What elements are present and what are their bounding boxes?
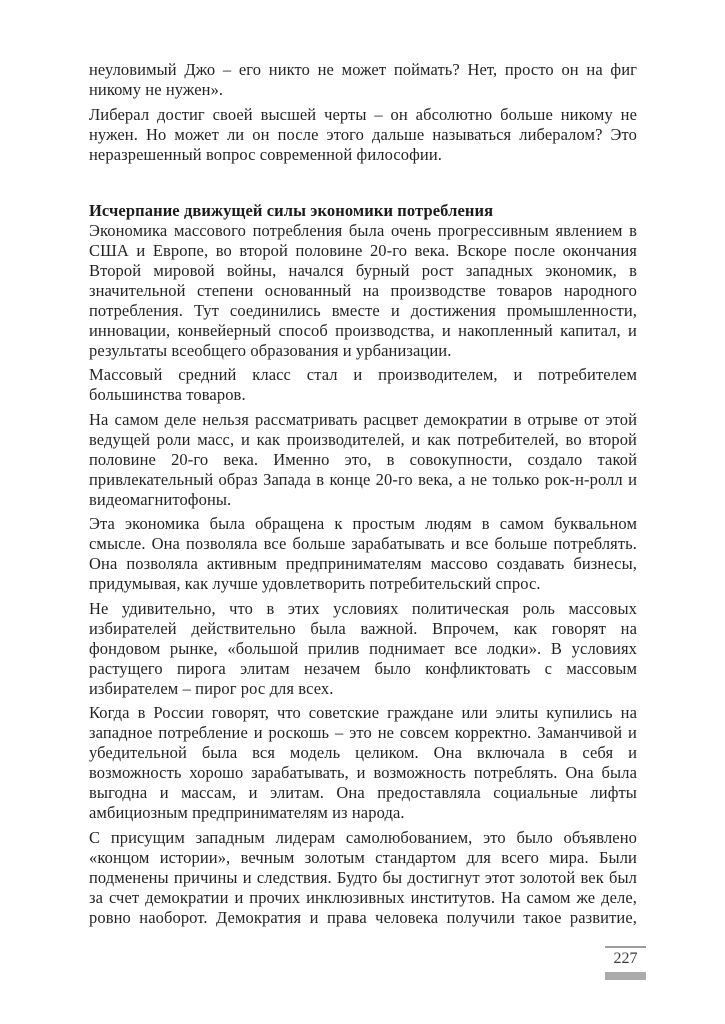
- page-footer: 227: [605, 946, 646, 980]
- paragraph: С присущим западным лидерам самолюбовани…: [89, 828, 637, 928]
- paragraph: Когда в России говорят, что советские гр…: [89, 703, 637, 823]
- paragraph: Эта экономика была обращена к простым лю…: [89, 514, 637, 594]
- page-number: 227: [605, 948, 646, 970]
- section-heading: Исчерпание движущей силы экономики потре…: [89, 201, 637, 221]
- paragraph: Массовый средний класс стал и производит…: [89, 365, 637, 405]
- paragraph: На самом деле нельзя рассматривать расцв…: [89, 410, 637, 510]
- paragraph: Экономика массового потребления была оче…: [89, 221, 637, 361]
- footer-bar: [605, 972, 646, 980]
- page-text: неуловимый Джо – его никто не может пойм…: [89, 60, 637, 932]
- section-paragraphs: Экономика массового потребления была оче…: [89, 221, 637, 928]
- book-page: неуловимый Джо – его никто не может пойм…: [0, 0, 725, 1024]
- paragraph: неуловимый Джо – его никто не может пойм…: [89, 60, 637, 100]
- paragraph: Не удивительно, что в этих условиях поли…: [89, 599, 637, 699]
- intro-paragraphs: неуловимый Джо – его никто не может пойм…: [89, 60, 637, 165]
- paragraph: Либерал достиг своей высшей черты – он а…: [89, 105, 637, 165]
